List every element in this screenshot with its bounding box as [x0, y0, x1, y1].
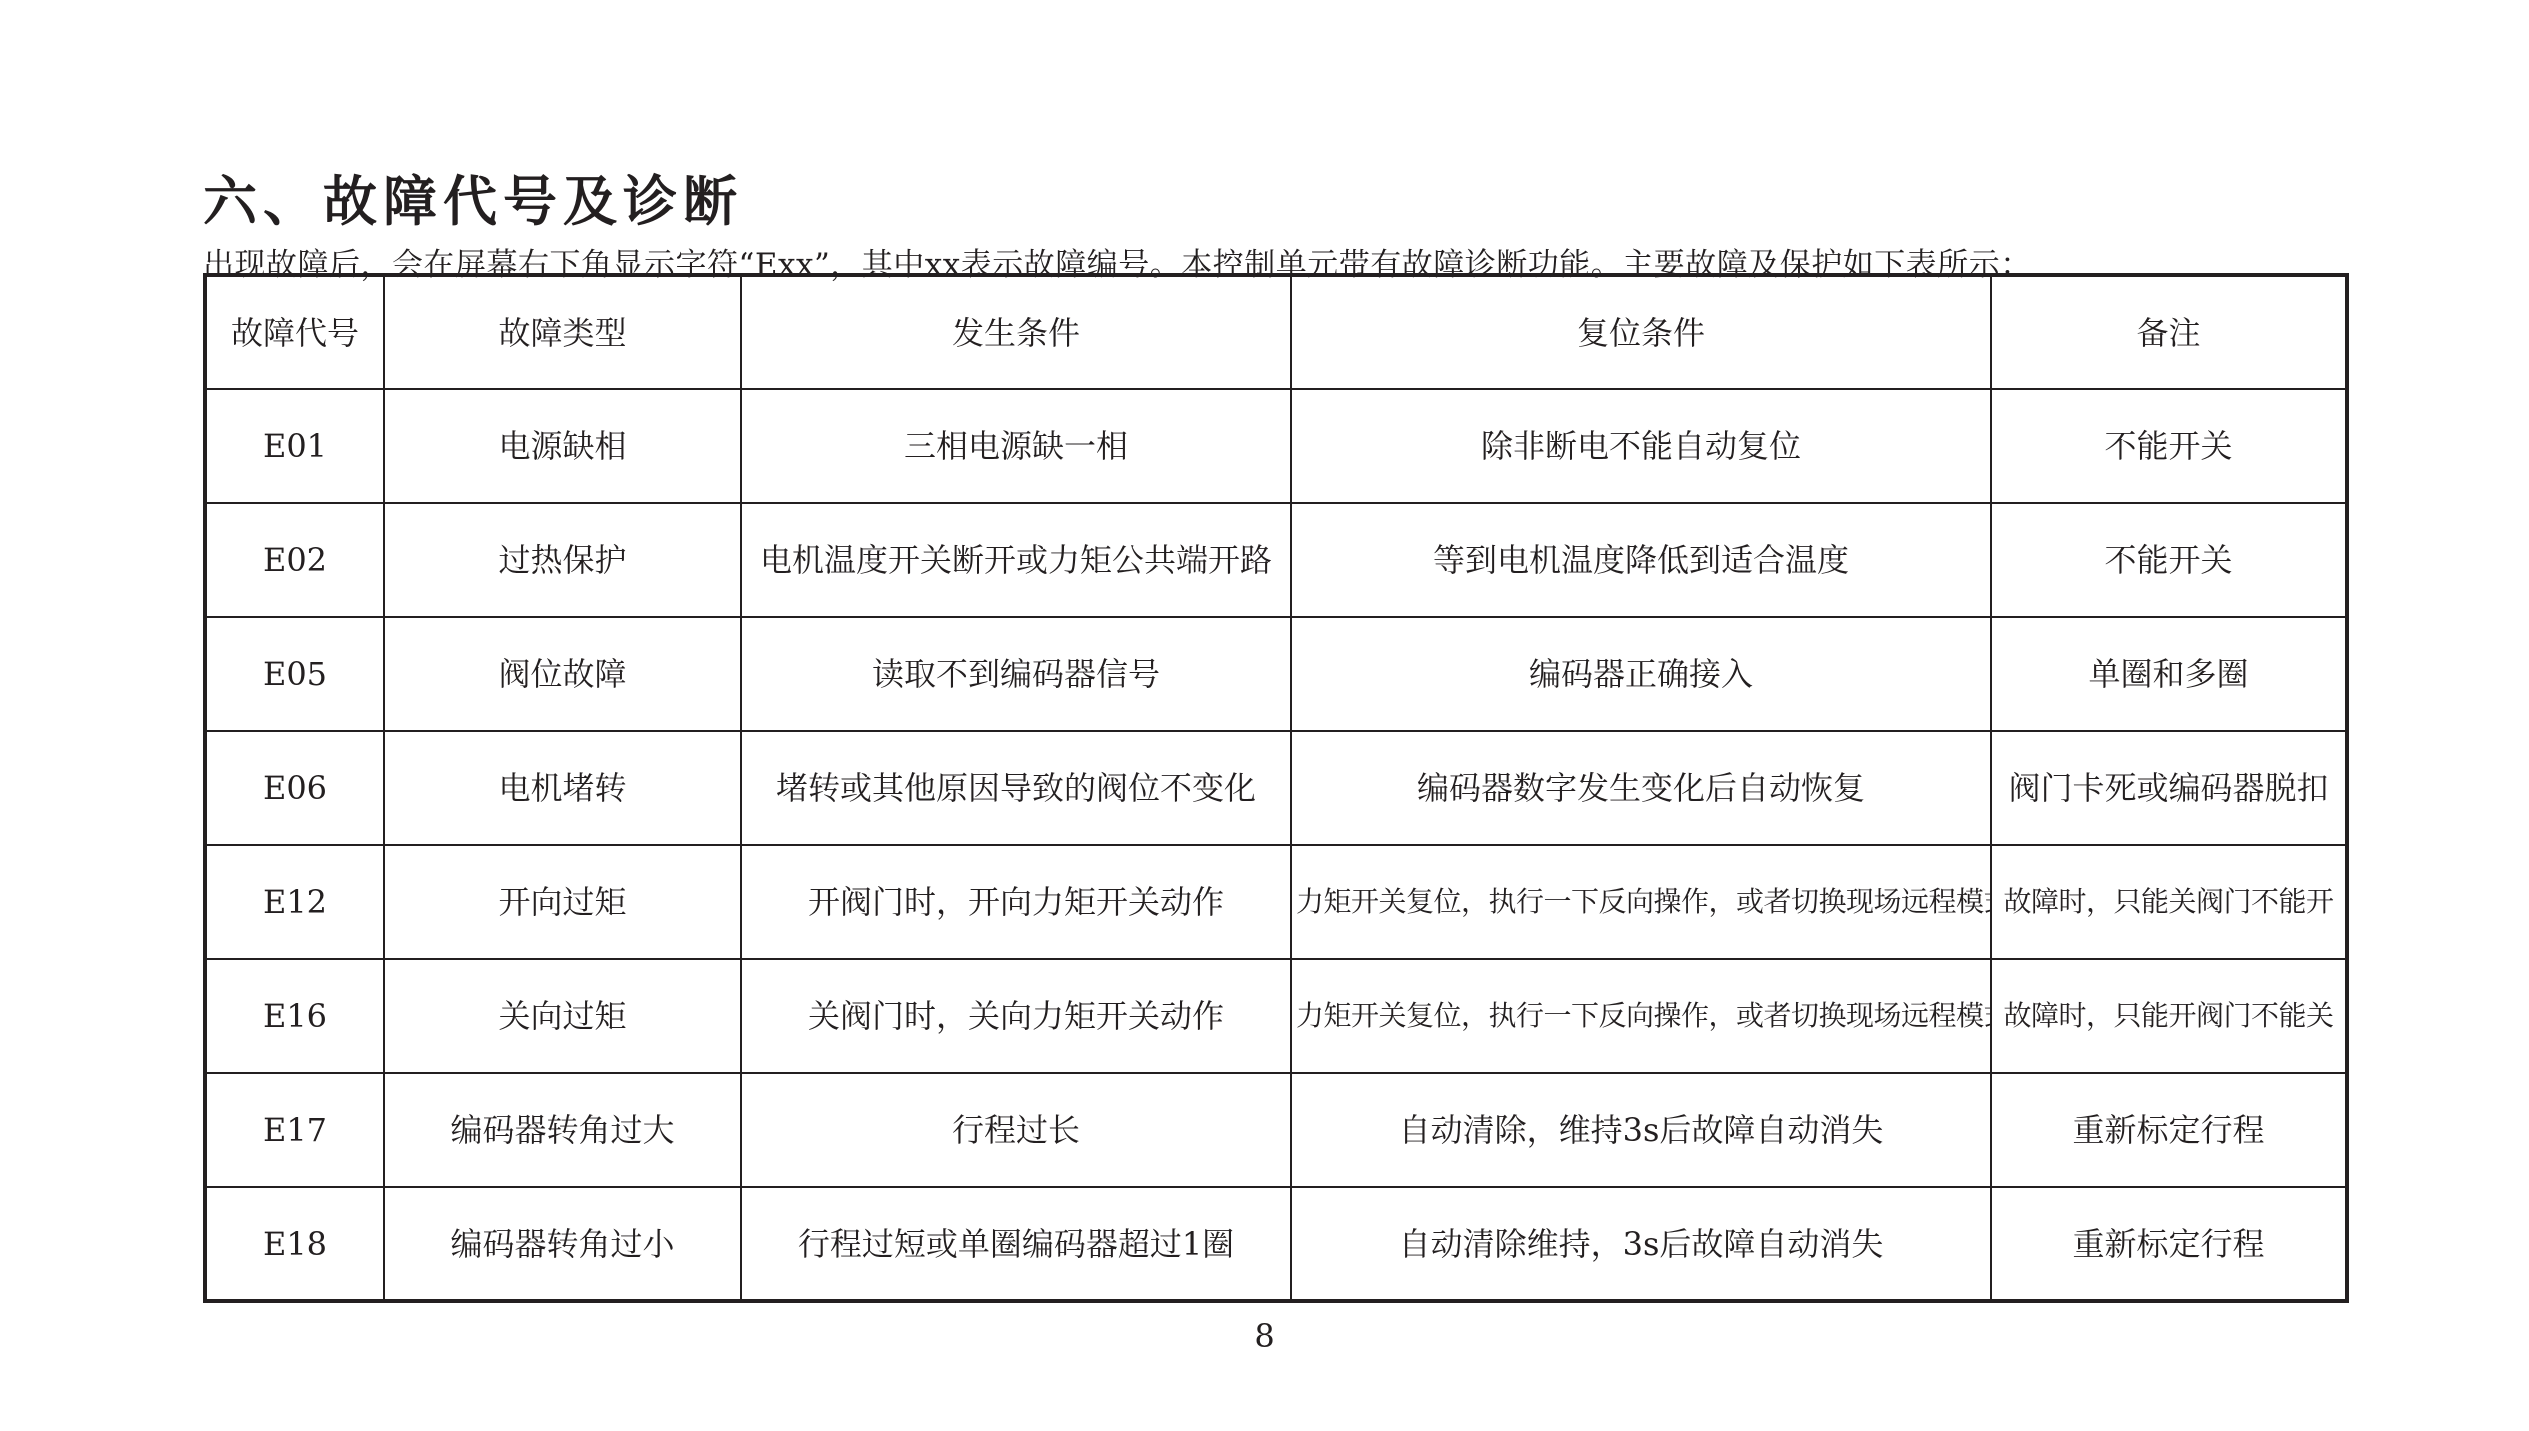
remarks: 故障时，只能开阀门不能关 — [1991, 959, 2347, 1073]
fault-type: 阀位故障 — [384, 617, 741, 731]
fault-type: 编码器转角过小 — [384, 1187, 741, 1301]
remarks: 不能开关 — [1991, 503, 2347, 617]
reset-condition: 编码器正确接入 — [1291, 617, 1991, 731]
reset-condition: 自动清除维持，3s后故障自动消失 — [1291, 1187, 1991, 1301]
table-row: E06 电机堵转 堵转或其他原因导致的阀位不变化 编码器数字发生变化后自动恢复 … — [205, 731, 2347, 845]
header-remarks: 备注 — [1991, 275, 2347, 389]
fault-type: 电机堵转 — [384, 731, 741, 845]
table-row: E18 编码器转角过小 行程过短或单圈编码器超过1圈 自动清除维持，3s后故障自… — [205, 1187, 2347, 1301]
remarks: 阀门卡死或编码器脱扣 — [1991, 731, 2347, 845]
header-occurrence-condition: 发生条件 — [741, 275, 1291, 389]
occurrence-condition: 电机温度开关断开或力矩公共端开路 — [741, 503, 1291, 617]
fault-code: E06 — [205, 731, 384, 845]
table-header-row: 故障代号 故障类型 发生条件 复位条件 备注 — [205, 275, 2347, 389]
fault-code: E12 — [205, 845, 384, 959]
table-row: E16 关向过矩 关阀门时，关向力矩开关动作 力矩开关复位，执行一下反向操作，或… — [205, 959, 2347, 1073]
table-row: E01 电源缺相 三相电源缺一相 除非断电不能自动复位 不能开关 — [205, 389, 2347, 503]
table-row: E02 过热保护 电机温度开关断开或力矩公共端开路 等到电机温度降低到适合温度 … — [205, 503, 2347, 617]
remarks: 不能开关 — [1991, 389, 2347, 503]
fault-code: E02 — [205, 503, 384, 617]
fault-type: 开向过矩 — [384, 845, 741, 959]
fault-code: E05 — [205, 617, 384, 731]
occurrence-condition: 读取不到编码器信号 — [741, 617, 1291, 731]
reset-condition: 自动清除，维持3s后故障自动消失 — [1291, 1073, 1991, 1187]
occurrence-condition: 行程过长 — [741, 1073, 1291, 1187]
remarks: 重新标定行程 — [1991, 1187, 2347, 1301]
table-row: E05 阀位故障 读取不到编码器信号 编码器正确接入 单圈和多圈 — [205, 617, 2347, 731]
occurrence-condition: 三相电源缺一相 — [741, 389, 1291, 503]
table-row: E12 开向过矩 开阀门时，开向力矩开关动作 力矩开关复位，执行一下反向操作，或… — [205, 845, 2347, 959]
fault-code-table: 故障代号 故障类型 发生条件 复位条件 备注 E01 电源缺相 三相电源缺一相 … — [203, 273, 2349, 1303]
fault-code: E17 — [205, 1073, 384, 1187]
reset-condition: 编码器数字发生变化后自动恢复 — [1291, 731, 1991, 845]
fault-code: E18 — [205, 1187, 384, 1301]
fault-type: 过热保护 — [384, 503, 741, 617]
reset-condition: 等到电机温度降低到适合温度 — [1291, 503, 1991, 617]
table-row: E17 编码器转角过大 行程过长 自动清除，维持3s后故障自动消失 重新标定行程 — [205, 1073, 2347, 1187]
fault-code: E01 — [205, 389, 384, 503]
reset-condition: 力矩开关复位，执行一下反向操作，或者切换现场远程模式 — [1291, 959, 1991, 1073]
fault-type: 电源缺相 — [384, 389, 741, 503]
page-number: 8 — [0, 1316, 2529, 1356]
header-fault-type: 故障类型 — [384, 275, 741, 389]
occurrence-condition: 关阀门时，关向力矩开关动作 — [741, 959, 1291, 1073]
header-reset-condition: 复位条件 — [1291, 275, 1991, 389]
fault-type: 编码器转角过大 — [384, 1073, 741, 1187]
fault-type: 关向过矩 — [384, 959, 741, 1073]
header-fault-code: 故障代号 — [205, 275, 384, 389]
remarks: 单圈和多圈 — [1991, 617, 2347, 731]
fault-code: E16 — [205, 959, 384, 1073]
occurrence-condition: 开阀门时，开向力矩开关动作 — [741, 845, 1291, 959]
occurrence-condition: 行程过短或单圈编码器超过1圈 — [741, 1187, 1291, 1301]
occurrence-condition: 堵转或其他原因导致的阀位不变化 — [741, 731, 1291, 845]
reset-condition: 力矩开关复位，执行一下反向操作，或者切换现场远程模式 — [1291, 845, 1991, 959]
remarks: 故障时，只能关阀门不能开 — [1991, 845, 2347, 959]
reset-condition: 除非断电不能自动复位 — [1291, 389, 1991, 503]
remarks: 重新标定行程 — [1991, 1073, 2347, 1187]
section-title: 六、故障代号及诊断 — [203, 168, 743, 236]
